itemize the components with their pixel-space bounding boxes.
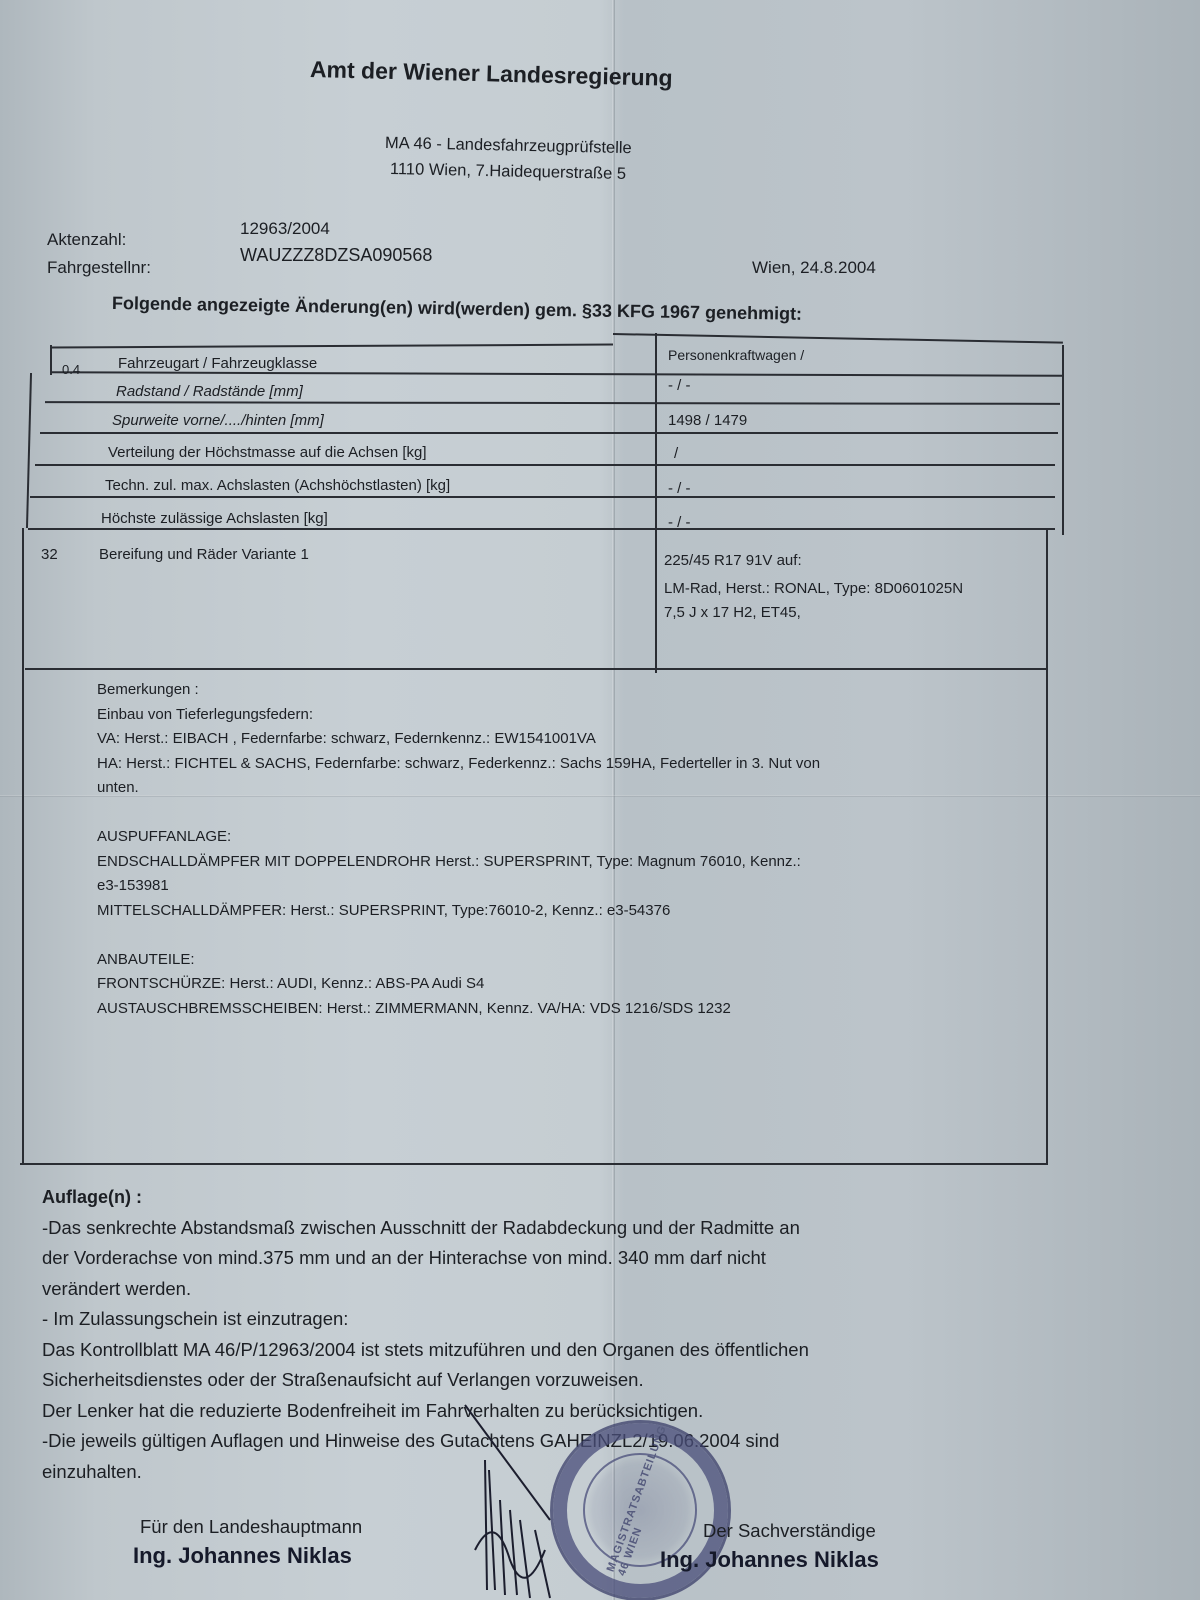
tyres-line: 225/45 R17 91V auf: [664, 552, 802, 569]
approval-heading: Folgende angezeigte Änderung(en) wird(we… [112, 293, 802, 325]
tyres-line: 7,5 J x 17 H2, ET45, [664, 604, 801, 621]
conditions-line: Sicherheitsdienstes oder der Straßenaufs… [42, 1365, 809, 1396]
tyres-line: LM-Rad, Herst.: RONAL, Type: 8D0601025N [664, 580, 963, 597]
remarks-heading: Bemerkungen : [97, 678, 820, 703]
row-number: 0.4 [62, 362, 80, 377]
row-value: / [674, 445, 678, 462]
remarks-line [97, 923, 820, 948]
conditions-line: -Das senkrechte Abstandsmaß zwischen Aus… [42, 1213, 809, 1244]
department-name: MA 46 - Landesfahrzeugprüfstelle [385, 134, 632, 158]
row-label: Bereifung und Räder Variante 1 [99, 546, 309, 563]
handwritten-signature [455, 1400, 595, 1600]
conditions-line: verändert werden. [42, 1274, 809, 1305]
remarks-line: FRONTSCHÜRZE: Herst.: AUDI, Kennz.: ABS-… [97, 972, 820, 997]
remarks-line: AUSPUFFANLAGE: [97, 825, 820, 850]
department-address: 1110 Wien, 7.Haidequerstraße 5 [390, 160, 626, 184]
remarks-line: ANBAUTEILE: [97, 948, 820, 973]
row-number: 32 [41, 546, 58, 563]
left-signature-name: Ing. Johannes Niklas [133, 1543, 352, 1569]
document-page: Amt der Wiener Landesregierung MA 46 - L… [0, 0, 1200, 1600]
conditions-heading: Auflage(n) : [42, 1182, 809, 1213]
row-value: Personenkraftwagen / [668, 347, 804, 363]
remarks-line: VA: Herst.: EIBACH , Federnfarbe: schwar… [97, 727, 820, 752]
remarks-line: AUSTAUSCHBREMSSCHEIBEN: Herst.: ZIMMERMA… [97, 997, 820, 1022]
row-value: - / - [668, 377, 691, 394]
conditions-line: - Im Zulassungschein ist einzutragen: [42, 1304, 809, 1335]
remarks-block: Bemerkungen : Einbau von Tieferlegungsfe… [97, 678, 820, 1021]
row-label: Spurweite vorne/..../hinten [mm] [112, 412, 324, 429]
left-signature-role: Für den Landeshauptmann [140, 1516, 362, 1538]
remarks-line: HA: Herst.: FICHTEL & SACHS, Federnfarbe… [97, 752, 820, 777]
row-label: Verteilung der Höchstmasse auf die Achse… [108, 444, 427, 461]
row-value: 1498 / 1479 [668, 412, 747, 429]
row-value: - / - [668, 514, 691, 531]
remarks-line: MITTELSCHALLDÄMPFER: Herst.: SUPERSPRINT… [97, 899, 820, 924]
right-signature-name: Ing. Johannes Niklas [660, 1547, 879, 1573]
right-signature-role: Der Sachverständige [703, 1520, 876, 1542]
remarks-line [97, 801, 820, 826]
authority-title: Amt der Wiener Landesregierung [310, 56, 673, 92]
remarks-line: ENDSCHALLDÄMPFER MIT DOPPELENDROHR Herst… [97, 850, 820, 875]
row-value: - / - [668, 480, 691, 497]
row-label: Fahrzeugart / Fahrzeugklasse [118, 355, 317, 372]
row-label: Radstand / Radstände [mm] [116, 383, 303, 400]
remarks-line: unten. [97, 776, 820, 801]
row-label: Techn. zul. max. Achslasten (Achshöchstl… [105, 477, 450, 494]
conditions-line: Der Lenker hat die reduzierte Bodenfreih… [42, 1396, 809, 1427]
remarks-line: Einbau von Tieferlegungsfedern: [97, 703, 820, 728]
chassis-label: Fahrgestellnr: [47, 258, 151, 278]
conditions-line: der Vorderachse von mind.375 mm und an d… [42, 1243, 809, 1274]
file-number-label: Aktenzahl: [47, 230, 126, 250]
remarks-line: e3-153981 [97, 874, 820, 899]
file-number: 12963/2004 [240, 219, 330, 239]
row-label: Höchste zulässige Achslasten [kg] [101, 510, 328, 527]
conditions-line: Das Kontrollblatt MA 46/P/12963/2004 ist… [42, 1335, 809, 1366]
place-date: Wien, 24.8.2004 [752, 258, 876, 278]
chassis-number: WAUZZZ8DZSA090568 [240, 245, 432, 266]
